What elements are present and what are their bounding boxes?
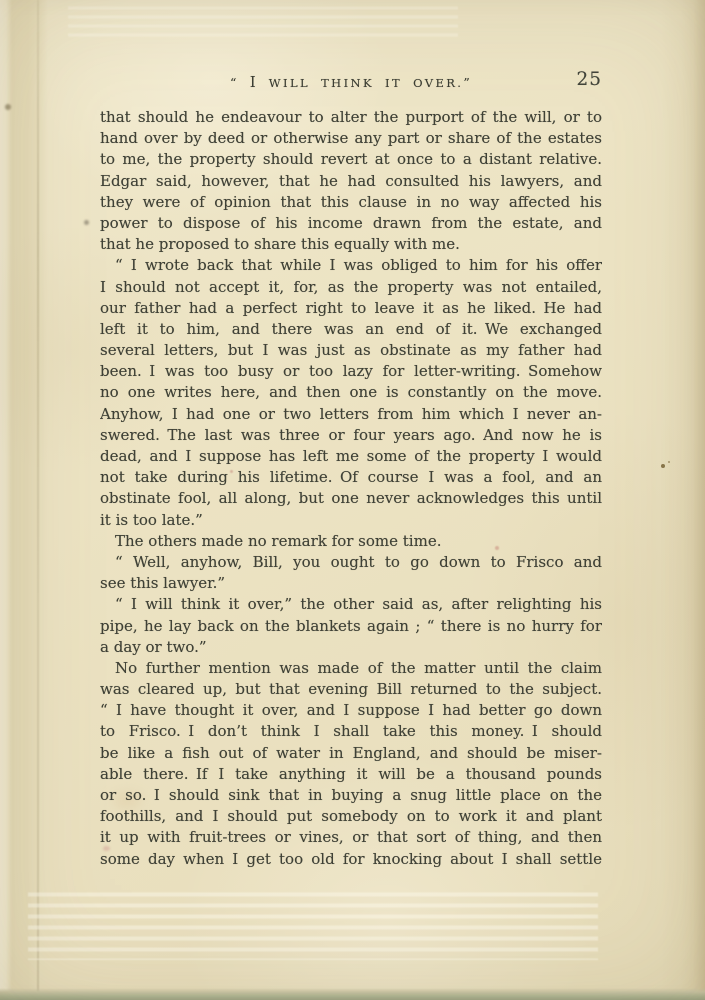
text-line: hand over by deed or otherwise any part … [100,128,602,149]
text-line: some day when I get too old for knocking… [100,849,602,870]
close-quote-glyph: ” [463,75,472,90]
text-line: not take during his lifetime. Of course … [100,467,602,488]
running-header-title: “ I WILL THINK IT OVER.” [100,75,602,91]
book-page: “ I WILL THINK IT OVER.” 25 that should … [0,0,705,1000]
scan-streaks-bottom [28,890,598,960]
text-line: see this lawyer.” [100,573,602,594]
paper-speck [5,104,11,110]
binding-crease-line [37,0,39,1000]
paragraph: that should he endeavour to alter the pu… [100,107,602,255]
text-line: be like a fish out of water in England, … [100,743,602,764]
text-line: No further mention was made of the matte… [100,658,602,679]
title-lead-cap: I [250,75,258,91]
text-line: was cleared up, but that evening Bill re… [100,679,602,700]
scan-streaks-top [68,4,458,40]
text-line: several letters, but I was just as obsti… [100,340,602,361]
paragraph: “ Well, anyhow, Bill, you ought to go do… [100,552,602,594]
text-line: to me, the property should revert at onc… [100,149,602,170]
page-body-text: that should he endeavour to alter the pu… [100,107,602,870]
page-right-edge-shading [661,0,705,1000]
paragraph: “ I wrote back that while I was obliged … [100,255,602,530]
text-line: a day or two.” [100,637,602,658]
paper-speck [84,220,89,225]
open-quote-glyph: “ [230,75,250,90]
text-line: Edgar said, however, that he had consult… [100,171,602,192]
text-line: The others made no remark for some time. [100,531,602,552]
text-line: obstinate fool, all along, but one never… [100,488,602,509]
text-line: “ I have thought it over, and I suppose … [100,700,602,721]
text-line: it is too late.” [100,510,602,531]
text-line: “ I wrote back that while I was obliged … [100,255,602,276]
text-line: Anyhow, I had one or two letters from hi… [100,404,602,425]
text-line: foothills, and I should put somebody on … [100,806,602,827]
scanner-bed-strip [0,988,705,1000]
text-line: or so. I should sink that in buying a sn… [100,785,602,806]
text-line: dead, and I suppose has left me some of … [100,446,602,467]
title-small-caps: WILL THINK IT OVER. [258,76,464,90]
text-line: left it to him, and there was an end of … [100,319,602,340]
paper-speck [661,464,665,468]
text-line: able there. If I take anything it will b… [100,764,602,785]
text-line: they were of opinion that this clause in… [100,192,602,213]
text-line: it up with fruit-trees or vines, or that… [100,827,602,848]
text-line: that should he endeavour to alter the pu… [100,107,602,128]
running-header: “ I WILL THINK IT OVER.” 25 [100,72,602,96]
text-line: power to dispose of his income drawn fro… [100,213,602,234]
page-left-edge-shading [0,0,48,1000]
text-line: our father had a perfect right to leave … [100,298,602,319]
text-line: no one writes here, and then one is cons… [100,382,602,403]
text-line: “ I will think it over,” the other said … [100,594,602,615]
page-number: 25 [576,69,602,90]
text-line: been. I was too busy or too lazy for let… [100,361,602,382]
paragraph: The others made no remark for some time. [100,531,602,552]
text-line: swered. The last was three or four years… [100,425,602,446]
paragraph: “ I will think it over,” the other said … [100,594,602,658]
text-line: “ Well, anyhow, Bill, you ought to go do… [100,552,602,573]
text-line: pipe, he lay back on the blankets again … [100,616,602,637]
text-line: that he proposed to share this equally w… [100,234,602,255]
text-line: to Frisco. I don’t think I shall take th… [100,721,602,742]
paragraph: No further mention was made of the matte… [100,658,602,870]
text-line: I should not accept it, for, as the prop… [100,277,602,298]
